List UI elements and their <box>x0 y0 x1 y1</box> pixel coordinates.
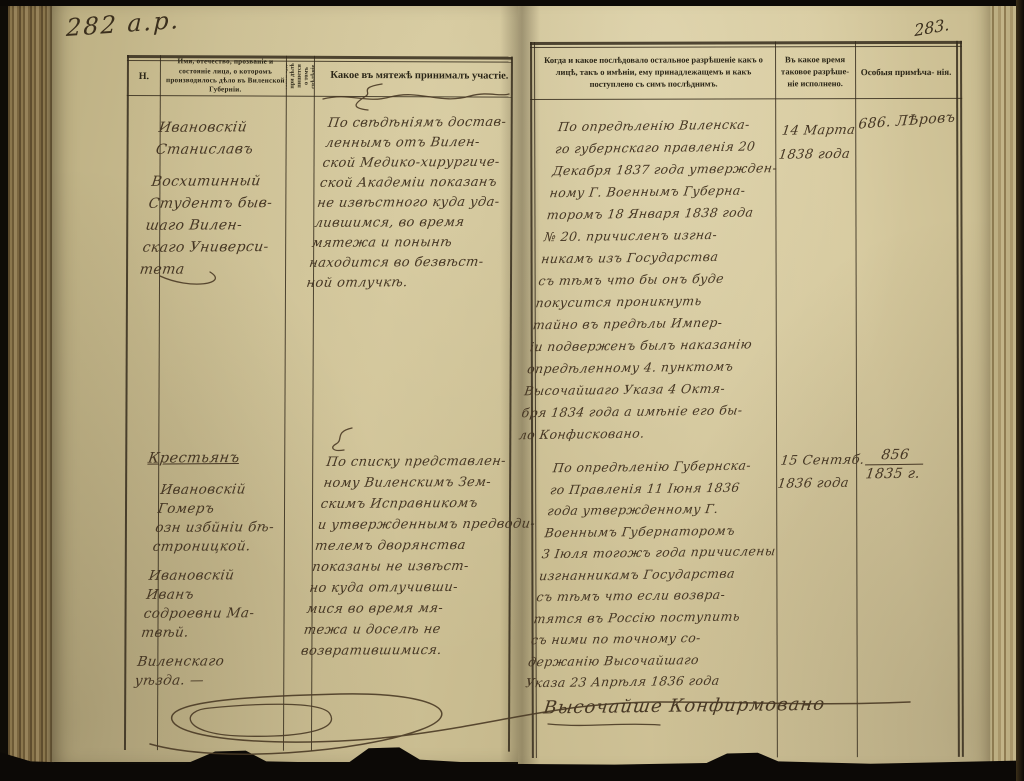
right-col-border-4b <box>960 41 963 757</box>
entry1-resolution-cell: По опредѣленію Виленска-го губернскаго п… <box>517 113 797 446</box>
header-time-column: Въ какое время таковое разрѣше- ніе испо… <box>777 48 853 96</box>
right-table-top-rule <box>530 41 962 45</box>
entry2-resolution-cell: По опредѣленію Губернска-го Правленія 11… <box>524 454 796 694</box>
entry2-confirmation-note: Высочайше Конфирмовано <box>542 694 826 719</box>
right-header-bottom-rule <box>530 98 962 100</box>
archival-book-scan: 282 а.р. 283. Н. Имя, отечество, прозван… <box>0 0 1024 781</box>
note-fraction-numerator: 856 <box>865 447 925 466</box>
entry1-note-cell: 686. ЛѢровъ <box>858 109 956 132</box>
header-notes-column: Особыя примѣча- нія. <box>857 48 955 96</box>
right-col-border-3 <box>855 41 858 757</box>
entry2-note-fraction: 856 1835 г. <box>863 447 926 483</box>
scan-right-edge <box>1016 0 1024 781</box>
entry1-time-cell: 14 Марта1838 года <box>777 119 858 168</box>
header-resolution-column: Когда и какое послѣдовало остальное разр… <box>536 48 771 97</box>
entry2-time-cell: 15 Сентяб.1836 года <box>776 449 857 496</box>
right-table: Когда и какое послѣдовало остальное разр… <box>0 0 1024 781</box>
scan-top-edge <box>0 0 1024 6</box>
note-fraction-denominator: 1835 г. <box>863 465 923 483</box>
